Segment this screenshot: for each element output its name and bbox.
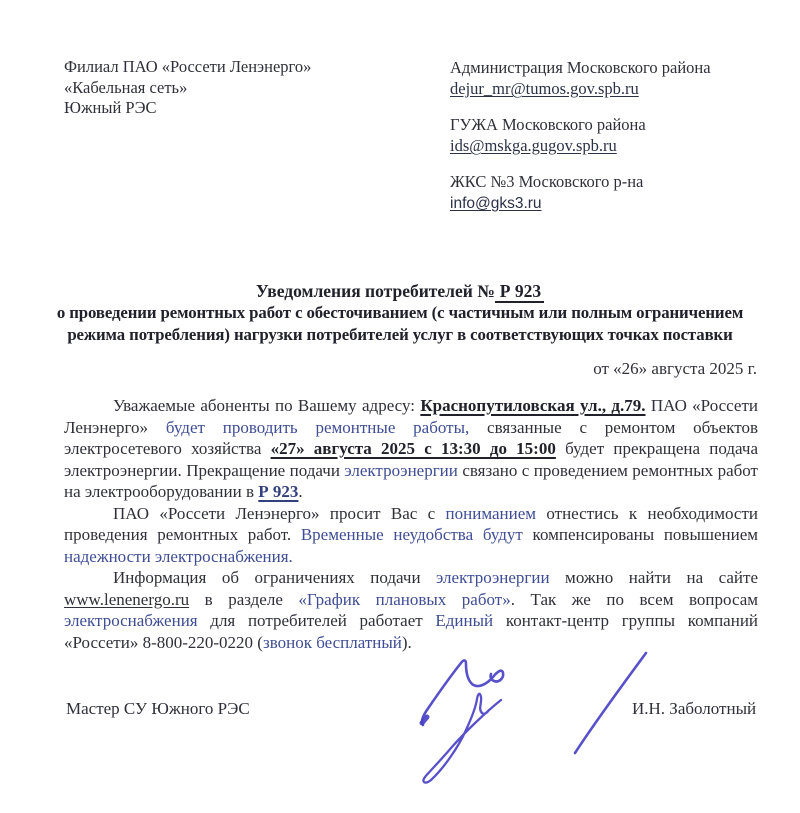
recipient-email-link[interactable]: dejur_mr@tumos.gov.spb.ru [450, 78, 639, 99]
signature-stroke [423, 694, 501, 783]
website-link[interactable]: www.lenenergo.ru [64, 590, 189, 609]
notice-title: Уведомления потребителей №Р 923 [53, 280, 747, 302]
body-paragraph: ПАО «Россети Ленэнерго» просит Вас с пон… [64, 503, 758, 568]
notice-number: Р 923 [495, 281, 544, 303]
notice-subtitle-line: о проведении ремонтных работ с обесточив… [53, 302, 747, 324]
text-segment: в разделе [189, 590, 298, 609]
notice-heading: Уведомления потребителей №Р 923 о провед… [53, 280, 747, 346]
notice-subtitle: о проведении ремонтных работ с обесточив… [53, 302, 747, 346]
text-segment: Уважаемые абоненты по Вашему адресу: [113, 396, 420, 415]
signer-position: Мастер СУ Южного РЭС [66, 699, 250, 719]
recipient-name: Администрация Московского района [450, 57, 711, 78]
text-segment: ПАО «Россети Ленэнерго» просит Вас с [113, 504, 446, 523]
text-segment: электроснабжения [64, 611, 198, 630]
notice-title-prefix: Уведомления потребителей № [256, 281, 495, 301]
outage-datetime: «27» августа 2025 с 13:30 до 15:00 [271, 439, 556, 458]
recipients-block: Администрация Московского района dejur_m… [450, 57, 711, 229]
text-segment: электроэнергии [344, 461, 458, 480]
text-segment: Информация об ограничениях подачи [113, 568, 436, 587]
text-segment: «График плановых работ» [298, 590, 510, 609]
recipient-entry: ГУЖА Московского района ids@mskga.gugov.… [450, 114, 711, 156]
sender-line: Филиал ПАО «Россети Ленэнерго» [64, 57, 311, 78]
signature-stroke [422, 660, 503, 725]
text-segment: надежности электроснабжения. [64, 547, 293, 566]
letter-body: Уважаемые абоненты по Вашему адресу: Кра… [64, 395, 758, 653]
text-segment: ). [402, 633, 412, 652]
signature-stroke [422, 717, 427, 723]
text-segment: . [298, 482, 302, 501]
text-segment: Временные неудобства будут [301, 525, 523, 544]
recipient-entry: ЖКС №3 Московского р-на info@gks3.ru [450, 171, 711, 214]
sender-line: Южный РЭС [64, 98, 311, 119]
document-page: Филиал ПАО «Россети Ленэнерго» «Кабельна… [0, 0, 800, 813]
recipient-email-link[interactable]: info@gks3.ru [450, 193, 542, 214]
body-paragraph: Информация об ограничениях подачи электр… [64, 567, 758, 653]
recipient-entry: Администрация Московского района dejur_m… [450, 57, 711, 99]
recipient-name: ГУЖА Московского района [450, 114, 711, 135]
sender-block: Филиал ПАО «Россети Ленэнерго» «Кабельна… [64, 57, 311, 119]
recipient-email-link[interactable]: ids@mskga.gugov.spb.ru [450, 135, 617, 156]
text-segment: будет проводить ремонтные работы, [166, 418, 469, 437]
sender-line: «Кабельная сеть» [64, 78, 311, 99]
feeder-number: Р 923 [258, 482, 298, 501]
text-segment: можно найти на сайте [550, 568, 758, 587]
body-paragraph: Уважаемые абоненты по Вашему адресу: Кра… [64, 395, 758, 503]
text-segment: электроэнергии [436, 568, 550, 587]
text-segment: . Так же по всем вопросам [511, 590, 758, 609]
text-segment: для потребителей работает [198, 611, 436, 630]
text-segment: пониманием [446, 504, 536, 523]
text-segment: звонок бесплатный [263, 633, 402, 652]
address-highlight: Краснопутиловская ул., д.79. [420, 396, 645, 415]
recipient-name: ЖКС №3 Московского р-на [450, 171, 711, 192]
text-segment: компенсированы повышением [523, 525, 758, 544]
issue-date: от «26» августа 2025 г. [593, 359, 757, 379]
signer-name: И.Н. Заболотный [632, 699, 756, 719]
text-segment: Единый [435, 611, 493, 630]
notice-subtitle-line: режима потребления) нагрузки потребителе… [53, 324, 747, 346]
